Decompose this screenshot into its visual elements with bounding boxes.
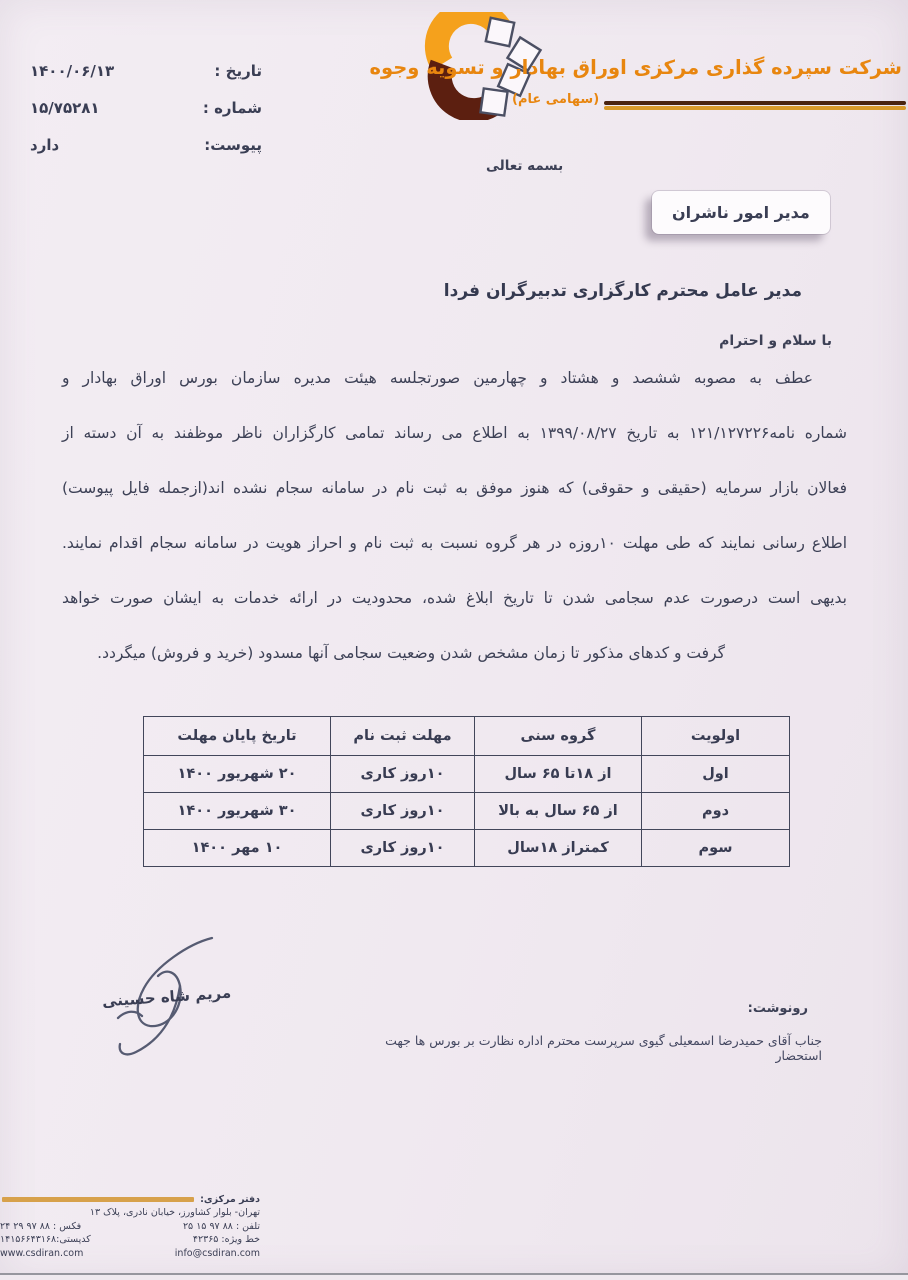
footer-email: info@csdiran.com [175,1248,260,1259]
date-value: ۱۴۰۰/۰۶/۱۳ [30,62,114,80]
meta-number: شماره : ۱۵/۷۵۲۸۱ [30,99,262,117]
table-row: دوم از ۶۵ سال به بالا ۱۰روز کاری ۳۰ شهری… [144,793,790,830]
company-type: (سهامی عام) [512,92,599,107]
body-line: فعالان بازار سرمایه (حقیقی و حقوقی) که ه… [62,479,847,534]
scanned-letter-page: تاریخ : ۱۴۰۰/۰۶/۱۳ شماره : ۱۵/۷۵۲۸۱ پیوس… [0,0,908,1280]
header-deadline-end-date: تاریخ پایان مهلت [144,717,331,756]
footer-office-row: دفتر مرکزی: [0,1194,260,1205]
cell-deadline-end-date: ۱۰ مهر ۱۴۰۰ [144,830,331,867]
footer-phone: تلفن : ۸۸ ۹۷ ۱۵ ۲۵ [183,1221,260,1232]
company-name: شرکت سپرده گذاری مرکزی اوراق بهادار و تس… [370,56,902,79]
body-line: شماره نامه۱۲۱/۱۲۷۲۲۶ به تاریخ ۱۳۹۹/۰۸/۲۷… [62,424,847,479]
letter-body: عطف به مصوبه ششصد و هشتاد و چهارمین صورت… [62,369,847,699]
footer-fax: فکس : ۸۸ ۹۷ ۲۹ ۲۴ [0,1221,81,1232]
footer-hotline: خط ویژه: ۴۲۳۶۵ [193,1234,260,1245]
footer-contact-block: دفتر مرکزی: تهران- بلوار کشاورز، خیابان … [0,1194,260,1261]
footer-phone-fax-row: تلفن : ۸۸ ۹۷ ۱۵ ۲۵ فکس : ۸۸ ۹۷ ۲۹ ۲۴ [0,1221,260,1232]
footer-web-row: info@csdiran.com www.csdiran.com [0,1248,260,1259]
signature-block: مریم شاه حسینی [60,922,300,1067]
attachment-label: پیوست: [204,136,262,154]
body-line: اطلاع رسانی نمایند که طی مهلت ۱۰روزه در … [62,534,847,589]
recipient-title: مدیر عامل محترم کارگزاری تدبیرگران فردا [444,281,802,301]
number-value: ۱۵/۷۵۲۸۱ [30,99,100,117]
header-registration-deadline: مهلت ثبت نام [331,717,475,756]
footer-hotline-postal-row: خط ویژه: ۴۲۳۶۵ کدپستی:۱۴۱۵۶۶۴۳۱۶۸ [0,1234,260,1245]
cell-deadline-end-date: ۳۰ شهریور ۱۴۰۰ [144,793,331,830]
attachment-value: دارد [30,136,59,154]
footer-website: www.csdiran.com [0,1248,83,1259]
besmeh-taali: بسمه تعالی [486,158,563,174]
letterhead-meta: تاریخ : ۱۴۰۰/۰۶/۱۳ شماره : ۱۵/۷۵۲۸۱ پیوس… [30,62,262,173]
footer-accent-bar [2,1197,194,1202]
cell-priority: سوم [642,830,790,867]
cell-age-group: از ۶۵ سال به بالا [475,793,642,830]
cell-deadline-end-date: ۲۰ شهریور ۱۴۰۰ [144,756,331,793]
meta-date: تاریخ : ۱۴۰۰/۰۶/۱۳ [30,62,262,80]
body-line: بدیهی است درصورت عدم سجامی شدن تا تاریخ … [62,589,847,644]
date-label: تاریخ : [214,62,262,80]
salutation: با سلام و احترام [719,333,832,349]
number-label: شماره : [203,99,262,117]
cc-label: رونوشت: [748,1001,808,1016]
scan-bottom-strip [0,1275,908,1280]
table-header-row: اولویت گروه سنی مهلت ثبت نام تاریخ پایان… [144,717,790,756]
table-row: سوم کمتراز ۱۸سال ۱۰روز کاری ۱۰ مهر ۱۴۰۰ [144,830,790,867]
cell-priority: دوم [642,793,790,830]
letterhead-rule [604,101,906,110]
sejam-deadline-table: اولویت گروه سنی مهلت ثبت نام تاریخ پایان… [143,716,790,867]
cell-priority: اول [642,756,790,793]
office-label: دفتر مرکزی: [200,1194,260,1205]
meta-attachment: پیوست: دارد [30,136,262,154]
footer-postal-code: کدپستی:۱۴۱۵۶۶۴۳۱۶۸ [0,1234,91,1245]
header-age-group: گروه سنی [475,717,642,756]
footer-address: تهران- بلوار کشاورز، خیابان نادری، پلاک … [0,1207,260,1218]
cell-age-group: کمتراز ۱۸سال [475,830,642,867]
cell-registration-deadline: ۱۰روز کاری [331,830,475,867]
issuers-affairs-stamp: مدیر امور ناشران [652,191,830,234]
cell-age-group: از ۱۸تا ۶۵ سال [475,756,642,793]
body-line: گرفت و کدهای مذکور تا زمان مشخص شدن وضعی… [62,644,847,699]
body-line: عطف به مصوبه ششصد و هشتاد و چهارمین صورت… [62,369,847,424]
cell-registration-deadline: ۱۰روز کاری [331,756,475,793]
cc-recipient-line: جناب آقای حمیدرضا اسمعیلی گیوی سرپرست مح… [370,1033,822,1063]
cell-registration-deadline: ۱۰روز کاری [331,793,475,830]
header-priority: اولویت [642,717,790,756]
table-row: اول از ۱۸تا ۶۵ سال ۱۰روز کاری ۲۰ شهریور … [144,756,790,793]
